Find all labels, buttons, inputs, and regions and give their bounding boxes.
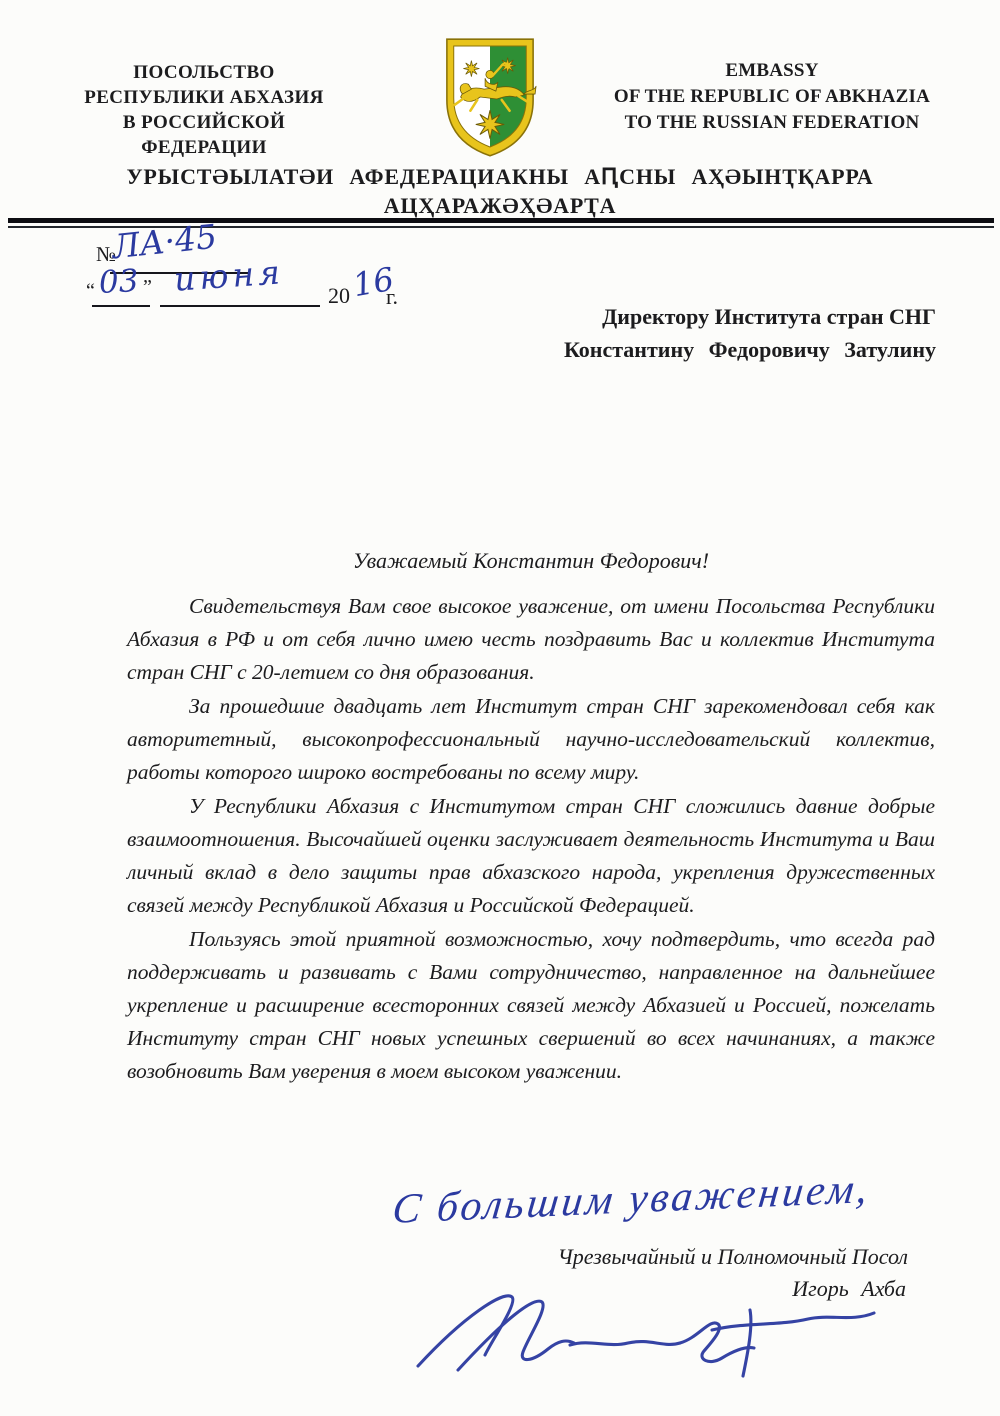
letterhead-english: EMBASSY OF THE REPUBLIC OF ABKHAZIA TO T… (596, 58, 948, 136)
signature-icon (412, 1282, 882, 1382)
date-open-quote: “ (86, 280, 95, 303)
date-year-suffix: г. (386, 284, 398, 310)
paragraph-3: У Республики Абхазия с Институтом стран … (127, 790, 935, 922)
addressee-line2: Константину Федоровичу Затулину (564, 333, 936, 366)
letterhead-russian-line1: ПОСОЛЬСТВО (60, 60, 348, 85)
date-year-prefix: 20 (328, 283, 350, 309)
scanned-letter: ПОСОЛЬСТВО РЕСПУБЛИКИ АБХАЗИЯ В РОССИЙСК… (0, 0, 1000, 1416)
date-close-quote: ” (143, 276, 152, 299)
paragraph-4: Пользуясь этой приятной возможностью, хо… (127, 923, 935, 1088)
paragraph-2: За прошедшие двадцать лет Институт стран… (127, 690, 935, 789)
letterhead-russian: ПОСОЛЬСТВО РЕСПУБЛИКИ АБХАЗИЯ В РОССИЙСК… (60, 60, 348, 160)
letterhead-english-line2: OF THE REPUBLIC OF ABKHAZIA (596, 84, 948, 110)
letterhead-abkhaz-line2: АЦҲАРАЖӘҲӘАРҬА (0, 191, 1000, 220)
letterhead-abkhaz-line1: УРЫСТӘЫЛАТӘИ АФЕДЕРАЦИАКНЫ АԤСНЫ АҲӘЫНҬҚ… (0, 162, 1000, 191)
salutation: Уважаемый Константин Федорович! (127, 548, 935, 574)
addressee-line1: Директору Института стран СНГ (564, 300, 936, 333)
letterhead-english-line1: EMBASSY (596, 58, 948, 84)
closing-title: Чрезвычайный и Полномочный Посол (558, 1244, 908, 1270)
date-day-handwritten: 03 (98, 263, 139, 301)
date-day-underline (92, 305, 150, 307)
letterhead-russian-line3: В РОССИЙСКОЙ ФЕДЕРАЦИИ (60, 110, 348, 160)
letterhead-russian-line2: РЕСПУБЛИКИ АБХАЗИЯ (60, 85, 348, 110)
date-month-handwritten: июня (173, 252, 285, 299)
letter-body: Свидетельствуя Вам свое высокое уважение… (127, 590, 935, 1089)
date-month-underline (160, 305, 320, 307)
abkhazia-coat-of-arms-icon (441, 34, 539, 160)
paragraph-1: Свидетельствуя Вам свое высокое уважение… (127, 590, 935, 689)
addressee-block: Директору Института стран СНГ Константин… (564, 300, 936, 366)
closing-handwritten: С большим уважением, (390, 1165, 873, 1234)
letterhead-abkhaz: УРЫСТӘЫЛАТӘИ АФЕДЕРАЦИАКНЫ АԤСНЫ АҲӘЫНҬҚ… (0, 162, 1000, 220)
letterhead-english-line3: TO THE RUSSIAN FEDERATION (596, 110, 948, 136)
